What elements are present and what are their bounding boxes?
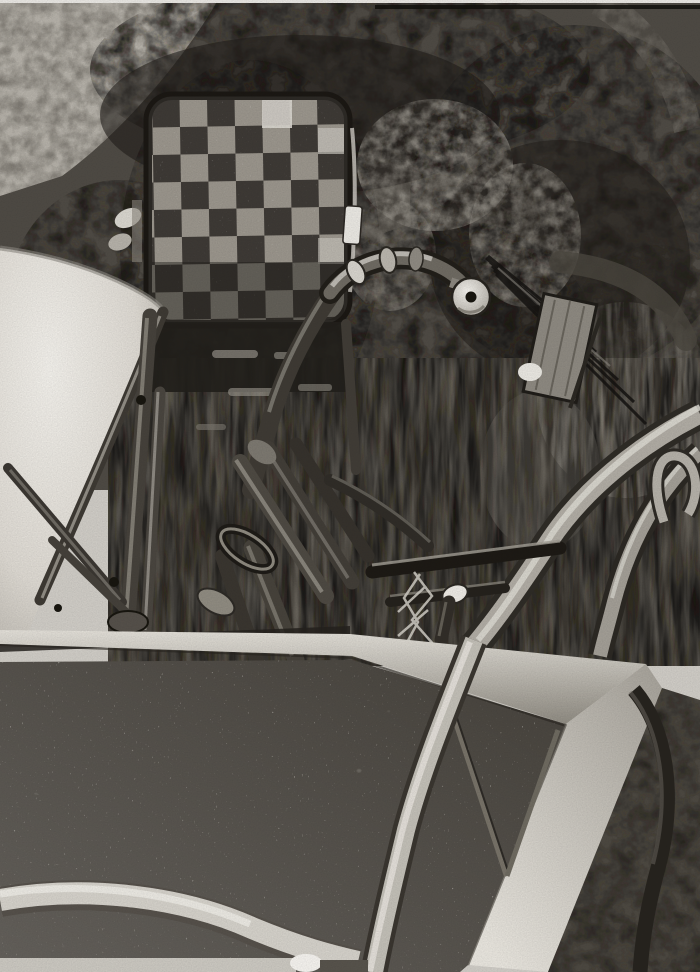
etching-print <box>0 0 700 972</box>
etching-canvas <box>0 0 700 972</box>
print-grain <box>0 0 700 972</box>
